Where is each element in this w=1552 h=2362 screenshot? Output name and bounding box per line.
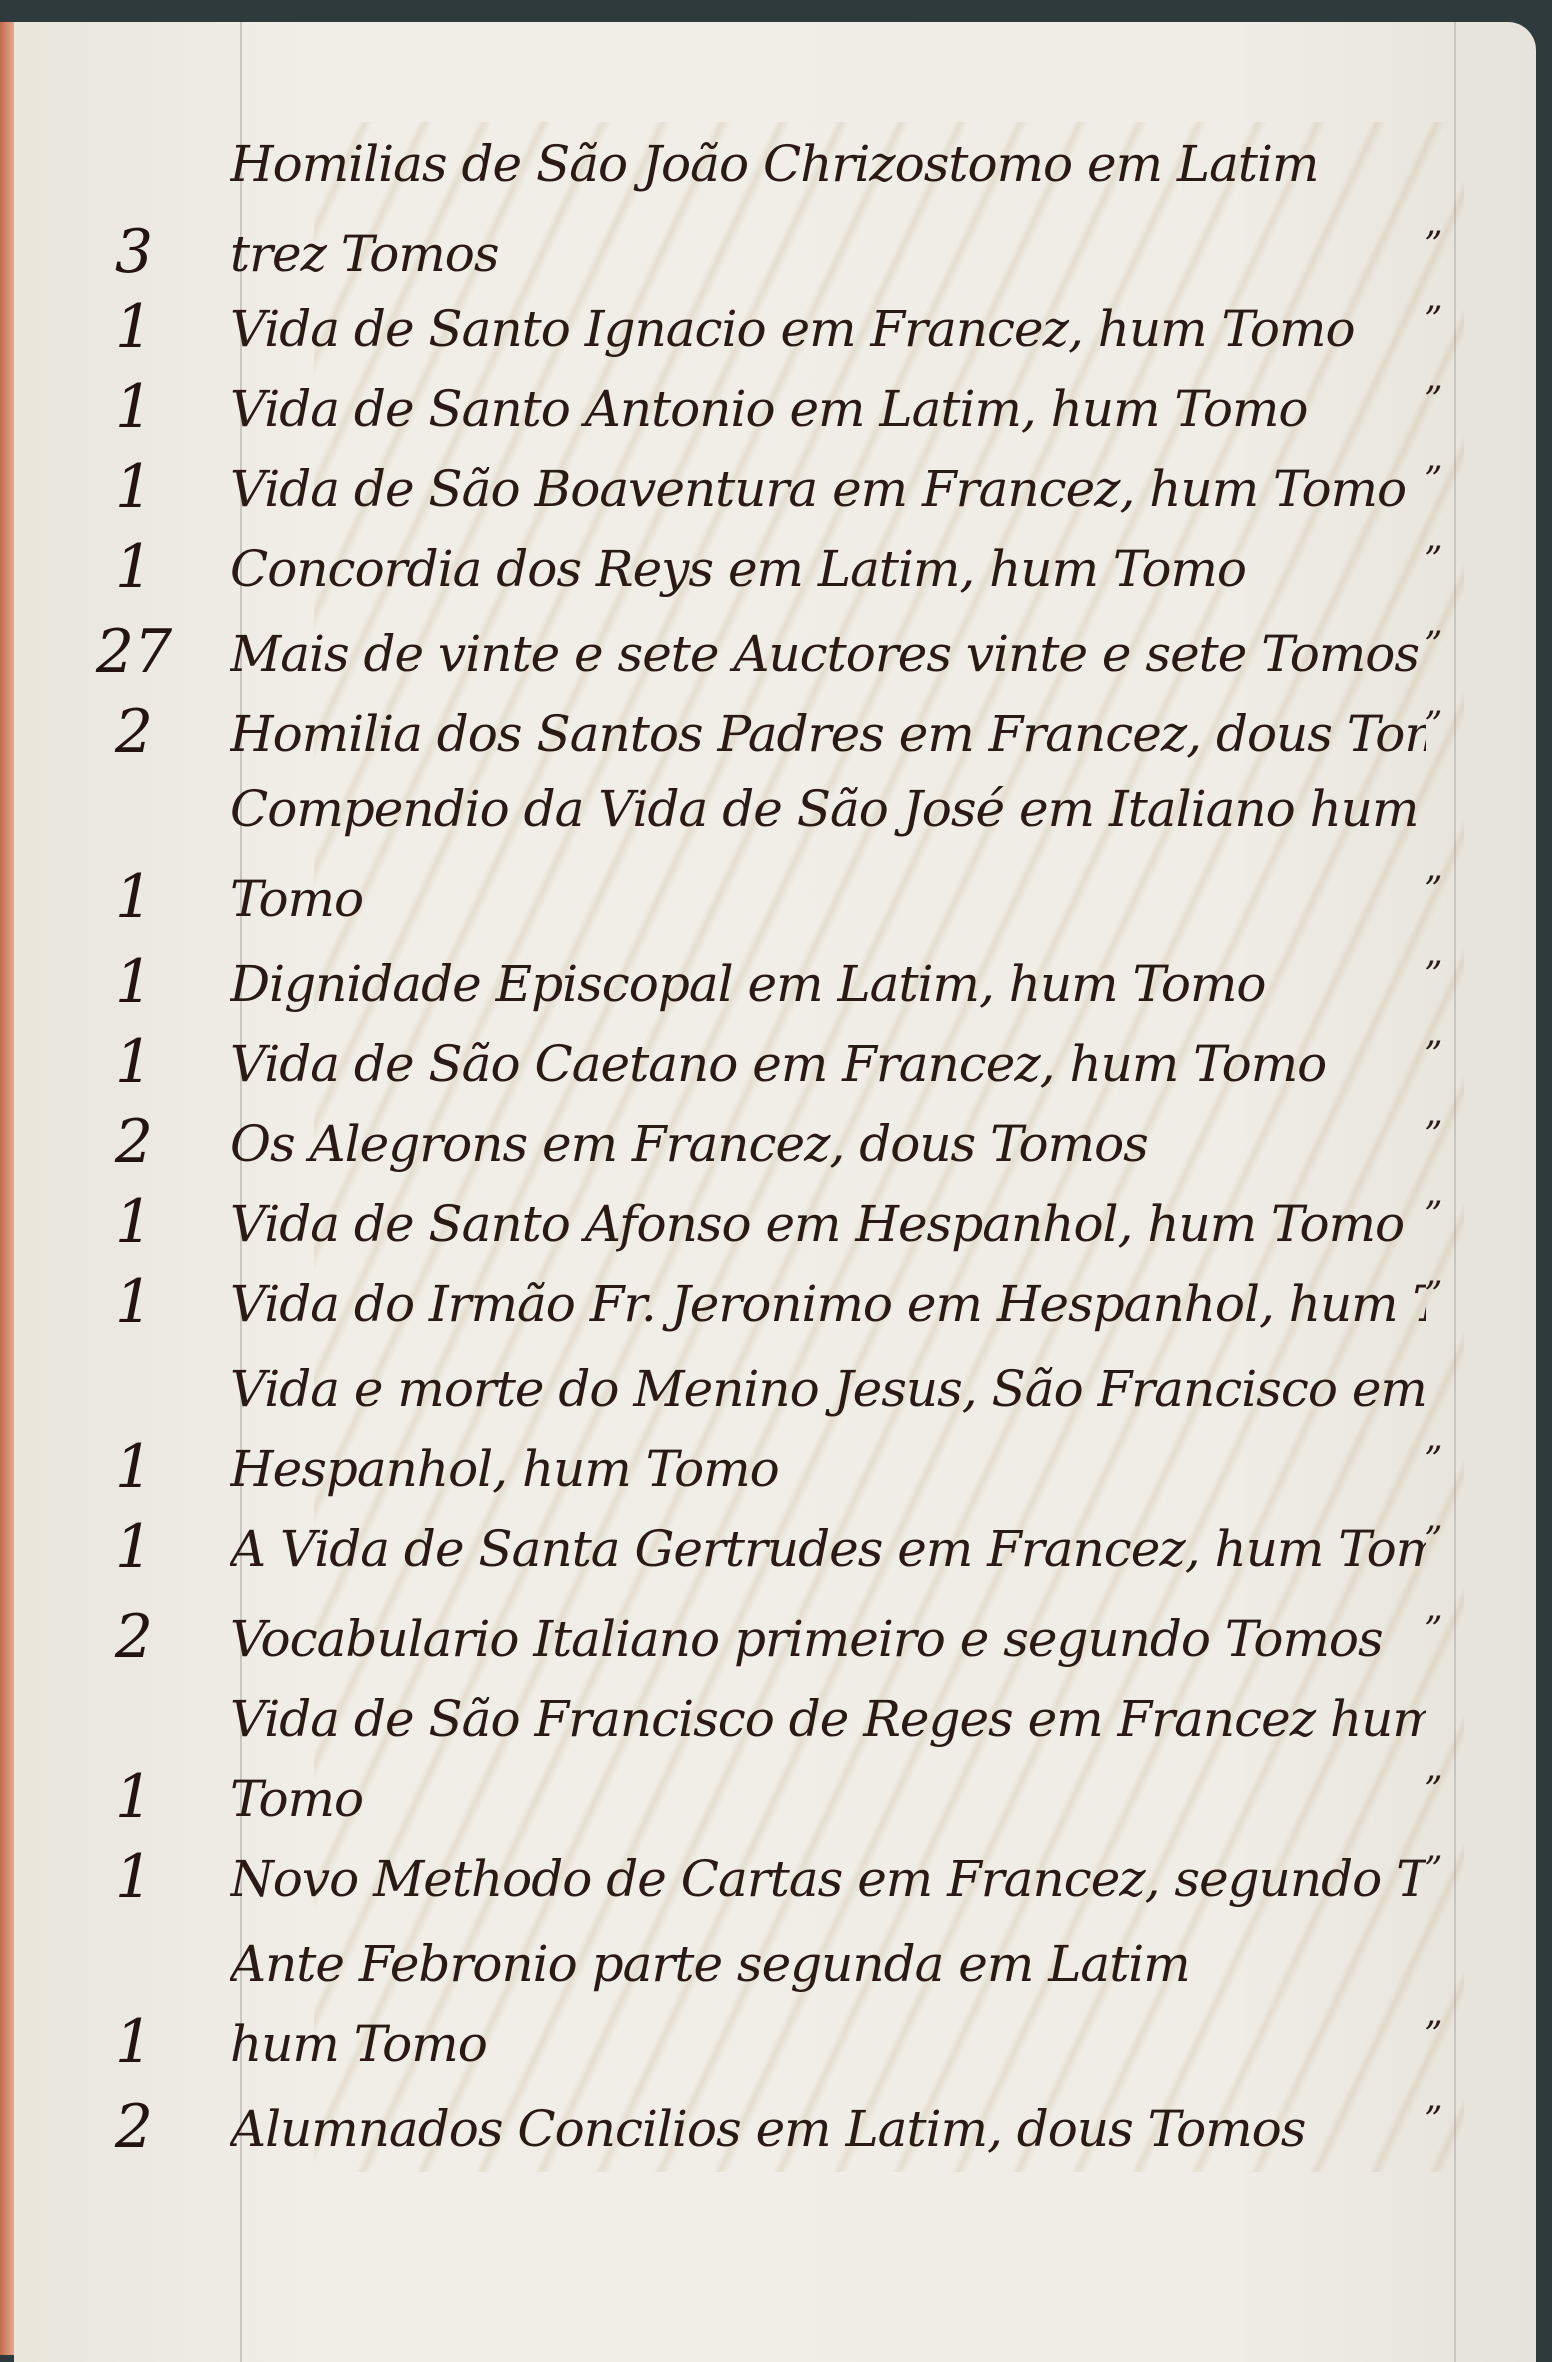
entry-text: Tomo: [230, 870, 1426, 928]
entry-line: 1 Novo Methodo de Cartas em Francez, seg…: [14, 1832, 1536, 1922]
entry-text: Vocabulario Italiano primeiro e segundo …: [230, 1610, 1426, 1668]
quantity: 2: [74, 1602, 194, 1672]
entry-line: 1 Vida de São Boaventura em Francez, hum…: [14, 442, 1536, 532]
entry-text: Vida de São Boaventura em Francez, hum T…: [230, 460, 1426, 518]
entry-line: Ante Febronio parte segunda em Latim: [14, 1917, 1536, 2007]
quantity: 1: [74, 1842, 194, 1912]
entry-line: Compendio da Vida de São José em Italian…: [14, 762, 1536, 852]
quantity: 1: [74, 292, 194, 362]
ditto-mark: ”: [1424, 1850, 1442, 1891]
ditto-mark: ”: [1424, 625, 1442, 666]
ditto-mark: ”: [1424, 540, 1442, 581]
entry-line: 1 Hespanhol, hum Tomo ”: [14, 1422, 1536, 1512]
manuscript-page: Homilias de São João Chrizostomo em Lati…: [14, 22, 1536, 2355]
entry-line: Vida de São Francisco de Reges em France…: [14, 1672, 1536, 1762]
entry-text: Vida do Irmão Fr. Jeronimo em Hespanhol,…: [230, 1275, 1426, 1333]
entry-text: trez Tomos: [230, 225, 1426, 283]
entry-line: 1 A Vida de Santa Gertrudes em Francez, …: [14, 1502, 1536, 1592]
entry-text: Alumnados Concilios em Latim, dous Tomos: [230, 2100, 1426, 2158]
ditto-mark: ”: [1424, 2015, 1442, 2056]
quantity: 2: [74, 697, 194, 767]
entry-line: 27 Mais de vinte e sete Auctores vinte e…: [14, 607, 1536, 697]
entry-text: Vida de Santo Afonso em Hespanhol, hum T…: [230, 1195, 1426, 1253]
ditto-mark: ”: [1424, 1440, 1442, 1481]
entry-text: Vida e morte do Menino Jesus, São Franci…: [230, 1360, 1426, 1418]
quantity: 3: [74, 217, 194, 287]
entry-line: 2 Vocabulario Italiano primeiro e segund…: [14, 1592, 1536, 1682]
entry-text: Os Alegrons em Francez, dous Tomos: [230, 1115, 1426, 1173]
quantity: 1: [74, 2007, 194, 2077]
entry-line: Vida e morte do Menino Jesus, São Franci…: [14, 1342, 1536, 1432]
entry-line: 2 Os Alegrons em Francez, dous Tomos ”: [14, 1097, 1536, 1187]
quantity: 27: [74, 617, 194, 687]
quantity: 1: [74, 1512, 194, 1582]
quantity: 1: [74, 452, 194, 522]
entry-text: Tomo: [230, 1770, 1426, 1828]
entry-line: 1 Tomo ”: [14, 1752, 1536, 1842]
entry-text: Dignidade Episcopal em Latim, hum Tomo: [230, 955, 1426, 1013]
entry-line: 1 Vida de Santo Ignacio em Francez, hum …: [14, 282, 1536, 372]
ditto-mark: ”: [1424, 1610, 1442, 1651]
entry-text: Compendio da Vida de São José em Italian…: [230, 780, 1426, 838]
quantity: 1: [74, 947, 194, 1017]
entry-text: Vida de São Francisco de Reges em France…: [230, 1690, 1426, 1748]
entry-text: Vida de Santo Antonio em Latim, hum Tomo: [230, 380, 1426, 438]
entry-line: 1 Vida de São Caetano em Francez, hum To…: [14, 1017, 1536, 1107]
ditto-mark: ”: [1424, 955, 1442, 996]
ditto-mark: ”: [1424, 1195, 1442, 1236]
entry-text: Homilias de São João Chrizostomo em Lati…: [230, 135, 1426, 193]
entry-text: hum Tomo: [230, 2015, 1426, 2073]
entry-text: Vida de São Caetano em Francez, hum Tomo: [230, 1035, 1426, 1093]
ditto-mark: ”: [1424, 1275, 1442, 1316]
entry-line: 1 Dignidade Episcopal em Latim, hum Tomo…: [14, 937, 1536, 1027]
quantity: 1: [74, 862, 194, 932]
entry-line: 1 Vida de Santo Antonio em Latim, hum To…: [14, 362, 1536, 452]
entry-line: 1 hum Tomo ”: [14, 1997, 1536, 2087]
ditto-mark: ”: [1424, 1520, 1442, 1561]
entry-text: Vida de Santo Ignacio em Francez, hum To…: [230, 300, 1426, 358]
ditto-mark: ”: [1424, 1115, 1442, 1156]
quantity: 1: [74, 1027, 194, 1097]
entry-line: 1 Tomo ”: [14, 852, 1536, 942]
ditto-mark: ”: [1424, 870, 1442, 911]
entry-text: Mais de vinte e sete Auctores vinte e se…: [230, 625, 1426, 683]
entry-text: Hespanhol, hum Tomo: [230, 1440, 1426, 1498]
ditto-mark: ”: [1424, 1770, 1442, 1811]
quantity: 2: [74, 1107, 194, 1177]
ditto-mark: ”: [1424, 2100, 1442, 2141]
entry-line: 1 Vida do Irmão Fr. Jeronimo em Hespanho…: [14, 1257, 1536, 1347]
quantity: 1: [74, 1432, 194, 1502]
entry-line: 1 Vida de Santo Afonso em Hespanhol, hum…: [14, 1177, 1536, 1267]
ditto-mark: ”: [1424, 705, 1442, 746]
ditto-mark: ”: [1424, 300, 1442, 341]
entry-line: Homilias de São João Chrizostomo em Lati…: [14, 117, 1536, 207]
quantity: 1: [74, 532, 194, 602]
entry-text: Homilia dos Santos Padres em Francez, do…: [230, 705, 1426, 763]
entry-text: Ante Febronio parte segunda em Latim: [230, 1935, 1426, 1993]
entry-line: 1 Concordia dos Reys em Latim, hum Tomo …: [14, 522, 1536, 612]
quantity: 1: [74, 1267, 194, 1337]
entry-text: Concordia dos Reys em Latim, hum Tomo: [230, 540, 1426, 598]
entry-text: A Vida de Santa Gertrudes em Francez, hu…: [230, 1520, 1426, 1578]
ditto-mark: ”: [1424, 225, 1442, 266]
entry-line: 2 Alumnados Concilios em Latim, dous Tom…: [14, 2082, 1536, 2172]
ditto-mark: ”: [1424, 380, 1442, 421]
quantity: 1: [74, 1187, 194, 1257]
quantity: 1: [74, 1762, 194, 1832]
quantity: 2: [74, 2092, 194, 2162]
entry-text: Novo Methodo de Cartas em Francez, segun…: [230, 1850, 1426, 1908]
ditto-mark: ”: [1424, 460, 1442, 501]
quantity: 1: [74, 372, 194, 442]
ditto-mark: ”: [1424, 1035, 1442, 1076]
